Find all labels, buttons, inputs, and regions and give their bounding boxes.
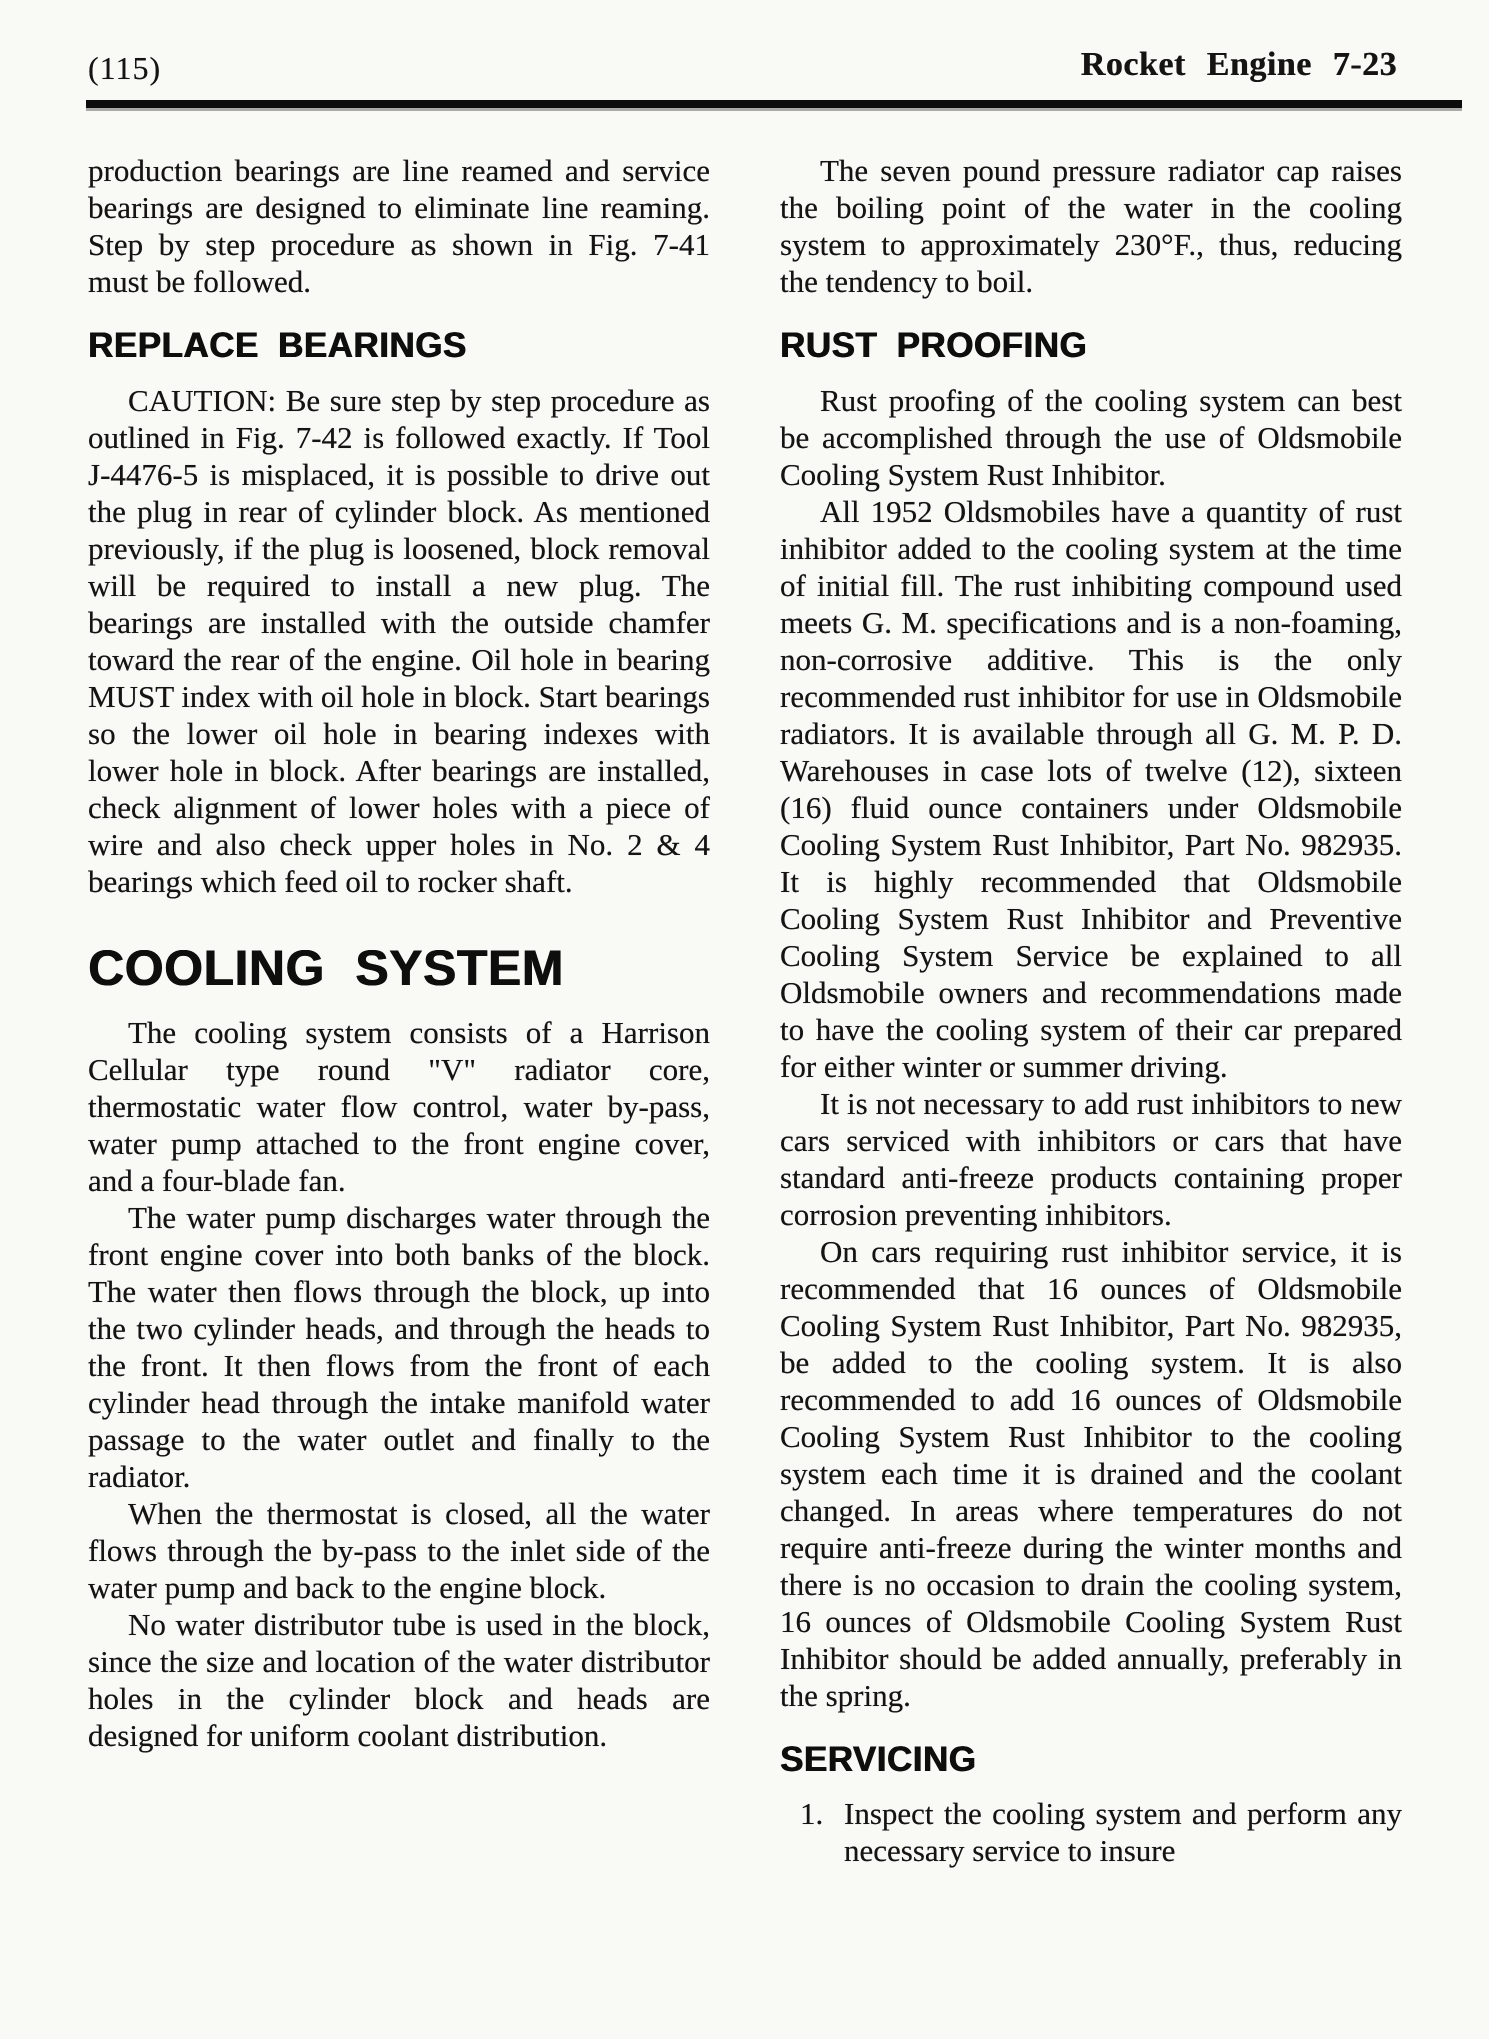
right-column: The seven pound pressure radiator cap ra… (780, 152, 1402, 1869)
manual-page: (115) Rocket Engine 7-23 production bear… (0, 0, 1489, 2039)
numbered-item: 1. Inspect the cooling system and perfor… (780, 1795, 1402, 1869)
rust-proofing-paragraph: On cars requiring rust inhibitor service… (780, 1233, 1402, 1714)
cooling-paragraph: No water distributor tube is used in the… (88, 1606, 710, 1754)
pressure-cap-paragraph: The seven pound pressure radiator cap ra… (780, 152, 1402, 300)
intro-paragraph: production bearings are line reamed and … (88, 152, 710, 300)
page-number-left: (115) (88, 50, 161, 87)
item-number: 1. (800, 1795, 823, 1832)
replace-bearings-heading: REPLACE BEARINGS (88, 327, 710, 366)
cooling-paragraph: The water pump discharges water through … (88, 1199, 710, 1495)
rust-proofing-heading: RUST PROOFING (780, 327, 1402, 366)
caution-paragraph: CAUTION: Be sure step by step procedure … (88, 382, 710, 900)
cooling-paragraph: The cooling system consists of a Harriso… (88, 1014, 710, 1199)
rust-proofing-paragraph: All 1952 Oldsmobiles have a quantity of … (780, 493, 1402, 1085)
servicing-heading: SERVICING (780, 1741, 1402, 1780)
item-text: Inspect the cooling system and perform a… (844, 1796, 1402, 1868)
header-rule (86, 100, 1462, 108)
rust-proofing-paragraph: Rust proofing of the cooling system can … (780, 382, 1402, 493)
cooling-paragraph: When the thermostat is closed, all the w… (88, 1495, 710, 1606)
rust-proofing-paragraph: It is not necessary to add rust inhibito… (780, 1085, 1402, 1233)
cooling-system-heading: COOLING SYSTEM (88, 942, 710, 995)
running-head: Rocket Engine 7-23 (1081, 46, 1397, 83)
left-column: production bearings are line reamed and … (88, 152, 710, 1754)
